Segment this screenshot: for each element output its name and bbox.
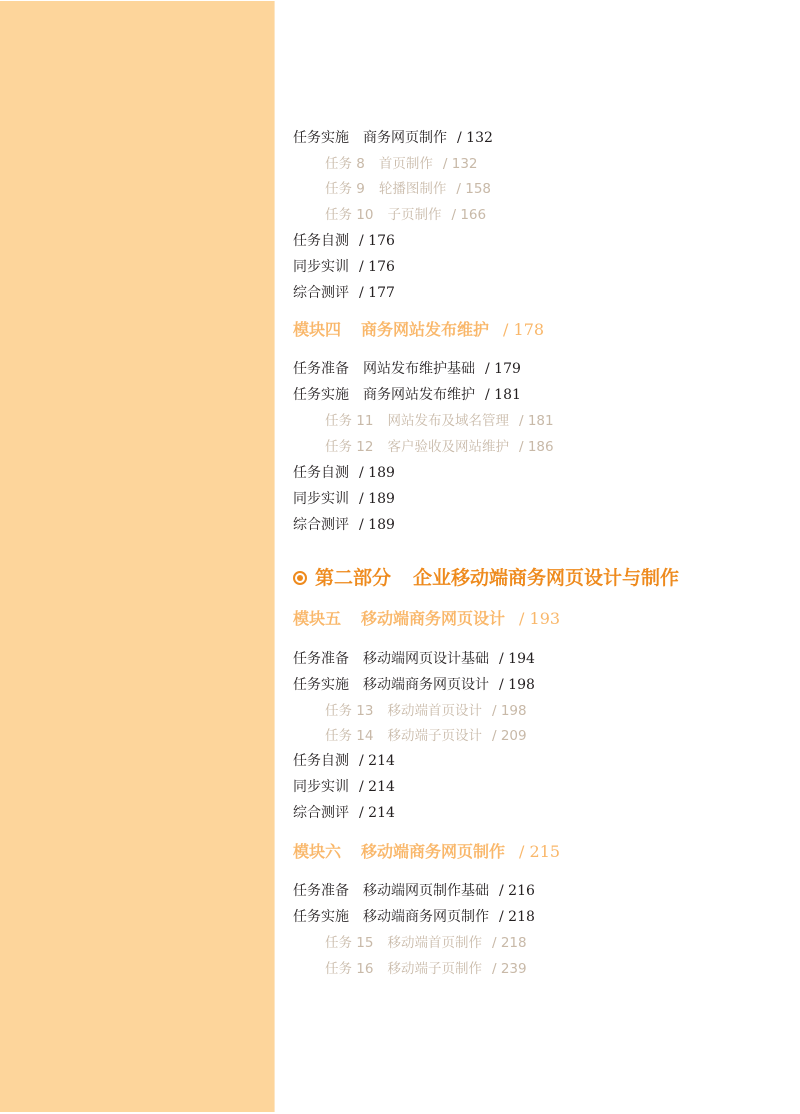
toc-entry[interactable]: 任务自测/ 214 <box>293 752 395 770</box>
toc-entry[interactable]: 任务准备移动端网页制作基础/ 216 <box>293 882 535 900</box>
circle-bullet-icon <box>293 571 307 585</box>
entry-title: 移动端子页设计 <box>387 728 482 744</box>
page-number: / 218 <box>492 935 527 951</box>
toc-subentry[interactable]: 任务 13移动端首页设计/ 198 <box>325 702 527 720</box>
module-label: 模块六 <box>293 842 341 861</box>
entry-title: 移动端商务网页设计 <box>363 677 489 693</box>
entry-label: 任务 16 <box>325 961 373 977</box>
page-number: / 189 <box>359 517 395 533</box>
toc-subentry[interactable]: 任务 9轮播图制作/ 158 <box>325 180 491 198</box>
toc-entry[interactable]: 综合测评/ 189 <box>293 516 395 534</box>
page-number: / 177 <box>359 285 395 301</box>
entry-title: 商务网页制作 <box>363 130 447 146</box>
toc-entry[interactable]: 任务自测/ 189 <box>293 464 395 482</box>
toc-entry[interactable]: 任务准备移动端网页设计基础/ 194 <box>293 650 535 668</box>
entry-title: 网站发布维护基础 <box>363 361 475 377</box>
page-number: / 216 <box>499 883 535 899</box>
entry-label: 综合测评 <box>293 517 349 533</box>
entry-title: 轮播图制作 <box>379 181 447 197</box>
entry-title: 商务网站发布维护 <box>363 387 475 403</box>
entry-title: 移动端子页制作 <box>387 961 482 977</box>
toc-subentry[interactable]: 任务 12客户验收及网站维护/ 186 <box>325 438 554 456</box>
module-title: 移动端商务网页制作 <box>361 842 505 861</box>
toc-entry[interactable]: 任务准备网站发布维护基础/ 179 <box>293 360 521 378</box>
page-number: / 166 <box>451 207 486 223</box>
page-number: / 214 <box>359 805 395 821</box>
toc-subentry[interactable]: 任务 15移动端首页制作/ 218 <box>325 934 527 952</box>
toc-entry[interactable]: 综合测评/ 177 <box>293 284 395 302</box>
page-number: / 181 <box>519 413 554 429</box>
page-number: / 176 <box>359 259 395 275</box>
toc-entry[interactable]: 综合测评/ 214 <box>293 804 395 822</box>
page-number: / 178 <box>503 320 544 339</box>
entry-label: 任务实施 <box>293 387 349 403</box>
entry-label: 同步实训 <box>293 491 349 507</box>
module-heading[interactable]: 模块四商务网站发布维护/ 178 <box>293 321 544 339</box>
entry-label: 任务实施 <box>293 677 349 693</box>
page-number: / 181 <box>485 387 521 403</box>
toc-entry[interactable]: 同步实训/ 176 <box>293 258 395 276</box>
page-number: / 176 <box>359 233 395 249</box>
part-title: 企业移动端商务网页设计与制作 <box>413 567 679 589</box>
toc-entry[interactable]: 任务实施移动端商务网页设计/ 198 <box>293 676 535 694</box>
page-number: / 198 <box>492 703 527 719</box>
page-number: / 218 <box>499 909 535 925</box>
toc-entry[interactable]: 任务实施商务网页制作/ 132 <box>293 129 493 147</box>
entry-label: 综合测评 <box>293 805 349 821</box>
page-number: / 214 <box>359 753 395 769</box>
entry-title: 网站发布及域名管理 <box>387 413 509 429</box>
entry-label: 任务准备 <box>293 361 349 377</box>
module-label: 模块五 <box>293 609 341 628</box>
entry-label: 同步实训 <box>293 779 349 795</box>
side-color-band <box>0 1 275 1112</box>
module-title: 商务网站发布维护 <box>361 320 489 339</box>
entry-label: 任务实施 <box>293 130 349 146</box>
module-heading[interactable]: 模块六移动端商务网页制作/ 215 <box>293 843 560 861</box>
page-number: / 189 <box>359 491 395 507</box>
module-title: 移动端商务网页设计 <box>361 609 505 628</box>
part-heading[interactable]: 第二部分企业移动端商务网页设计与制作 <box>293 566 679 590</box>
toc-subentry[interactable]: 任务 10子页制作/ 166 <box>325 206 486 224</box>
entry-label: 任务准备 <box>293 651 349 667</box>
entry-label: 任务实施 <box>293 909 349 925</box>
toc-entry[interactable]: 任务实施商务网站发布维护/ 181 <box>293 386 521 404</box>
module-heading[interactable]: 模块五移动端商务网页设计/ 193 <box>293 610 560 628</box>
toc-subentry[interactable]: 任务 11网站发布及域名管理/ 181 <box>325 412 554 430</box>
page-number: / 158 <box>456 181 491 197</box>
toc-entry[interactable]: 同步实训/ 189 <box>293 490 395 508</box>
toc-subentry[interactable]: 任务 14移动端子页设计/ 209 <box>325 727 527 745</box>
part-label: 第二部分 <box>315 567 391 589</box>
page-number: / 239 <box>492 961 527 977</box>
module-label: 模块四 <box>293 320 341 339</box>
entry-title: 子页制作 <box>387 207 441 223</box>
page-number: / 193 <box>519 609 560 628</box>
page-number: / 179 <box>485 361 521 377</box>
entry-label: 任务自测 <box>293 233 349 249</box>
page-number: / 214 <box>359 779 395 795</box>
entry-title: 移动端首页设计 <box>387 703 482 719</box>
entry-label: 任务 11 <box>325 413 373 429</box>
entry-label: 任务 10 <box>325 207 373 223</box>
entry-label: 任务自测 <box>293 753 349 769</box>
entry-title: 移动端网页设计基础 <box>363 651 489 667</box>
page-number: / 194 <box>499 651 535 667</box>
entry-label: 任务 14 <box>325 728 373 744</box>
page-number: / 198 <box>499 677 535 693</box>
entry-label: 任务 15 <box>325 935 373 951</box>
page-number: / 132 <box>457 130 493 146</box>
entry-title: 移动端网页制作基础 <box>363 883 489 899</box>
entry-label: 任务 8 <box>325 156 365 172</box>
entry-title: 首页制作 <box>379 156 433 172</box>
page-number: / 186 <box>519 439 554 455</box>
entry-label: 任务准备 <box>293 883 349 899</box>
page-number: / 189 <box>359 465 395 481</box>
toc-entry[interactable]: 同步实训/ 214 <box>293 778 395 796</box>
toc-subentry[interactable]: 任务 16移动端子页制作/ 239 <box>325 960 527 978</box>
entry-label: 任务 13 <box>325 703 373 719</box>
entry-label: 任务 12 <box>325 439 373 455</box>
entry-label: 任务 9 <box>325 181 365 197</box>
entry-title: 客户验收及网站维护 <box>387 439 509 455</box>
page-number: / 132 <box>443 156 478 172</box>
entry-label: 任务自测 <box>293 465 349 481</box>
entry-label: 综合测评 <box>293 285 349 301</box>
page-number: / 209 <box>492 728 527 744</box>
toc-entry[interactable]: 任务自测/ 176 <box>293 232 395 250</box>
toc-subentry[interactable]: 任务 8首页制作/ 132 <box>325 155 478 173</box>
toc-entry[interactable]: 任务实施移动端商务网页制作/ 218 <box>293 908 535 926</box>
page-number: / 215 <box>519 842 560 861</box>
entry-label: 同步实训 <box>293 259 349 275</box>
entry-title: 移动端商务网页制作 <box>363 909 489 925</box>
entry-title: 移动端首页制作 <box>387 935 482 951</box>
